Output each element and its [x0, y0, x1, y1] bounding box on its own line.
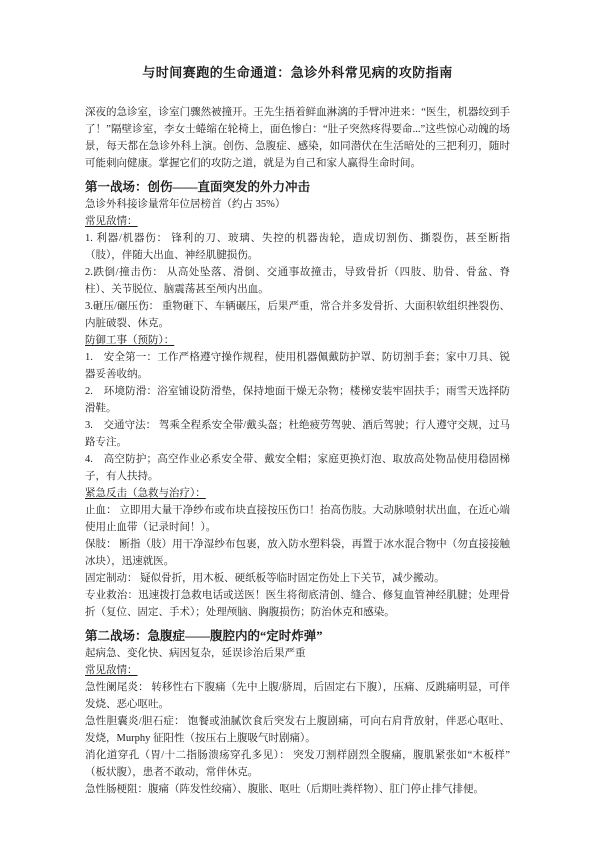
enemy-item-fall-impact: 2.跌倒/撞击伤： 从高处坠落、滑倒、交通事故撞击，导致骨折（四肢、肋骨、骨盆、… [85, 264, 510, 298]
treatment-item-hemostasis: 止血： 立即用大量干净纱布或布块直接按压伤口！抬高伤肢。大动脉喷射状出血，在近心… [85, 502, 510, 536]
abdomen-item-appendicitis: 急性阑尾炎： 转移性右下腹痛（先中上腹/脐周，后固定右下腹），压痛、反跳痛明显，… [85, 679, 510, 713]
treatment-item-professional-care: 专业救治：迅速拨打急救电话或送医！医生将彻底清创、缝合、修复血管神经肌腱；处理骨… [85, 587, 510, 621]
abdomen-item-perforation: 消化道穿孔（胃/十二指肠溃疡穿孔多见）： 突发刀割样剧烈全腹痛，腹肌紧张如“木板… [85, 747, 510, 781]
prevention-item-safety-first: 1. 安全第一：工作严格遵守操作规程，使用机器佩戴防护罩、防切割手套；家中刀具、… [85, 349, 510, 383]
abdomen-item-cholecystitis: 急性胆囊炎/胆石症： 饱餐或油腻饮食后突发右上腹剧痛，可向右肩背放射，伴恶心呕吐… [85, 713, 510, 747]
abdomen-item-obstruction: 急性肠梗阻：腹痛（阵发性绞痛）、腹胀、呕吐（后期吐粪样物）、肛门停止排气排便。 [85, 781, 510, 798]
enemy-item-sharp-machine: 1. 利器/机器伤： 锋利的刀、玻璃、失控的机器齿轮，造成切割伤、撕裂伤，甚至断… [85, 230, 510, 264]
section1-heading: 第一战场：创伤——直面突发的外力冲击 [85, 179, 510, 196]
document-page: 与时间赛跑的生命通道：急诊外科常见病的攻防指南 深夜的急诊室，诊室门骤然被撞开。… [0, 0, 595, 841]
prevention-item-traffic-rules: 3. 交通守法： 驾乘全程系安全带/戴头盔；杜绝疲劳驾驶、酒后驾驶；行人遵守交规… [85, 417, 510, 451]
section2-subtitle: 起病急、变化快、病因复杂，延误诊治后果严重 [85, 645, 510, 662]
prevention-item-anti-slip: 2. 环境防滑：浴室铺设防滑垫，保持地面干燥无杂物；楼梯安装牢固扶手；雨雪天选择… [85, 383, 510, 417]
section2-enemies-label: 常见敌情： [85, 662, 510, 679]
section1-subtitle: 急诊外科接诊量常年位居榜首（约占 35%） [85, 196, 510, 213]
doc-title: 与时间赛跑的生命通道：急诊外科常见病的攻防指南 [85, 64, 510, 81]
prevention-item-height-protection: 4. 高空防护；高空作业必系安全带、戴安全帽；家庭更换灯泡、取放高处物品使用稳固… [85, 451, 510, 485]
intro-paragraph: 深夜的急诊室，诊室门骤然被撞开。王先生捂着鲜血淋漓的手臂冲进来：“医生，机器绞到… [85, 104, 510, 172]
treatment-item-limb-preservation: 保肢： 断指（肢）用干净湿纱布包裹，放入防水塑料袋，再置于冰水混合物中（勿直接接… [85, 536, 510, 570]
enemy-item-crush: 3.砸压/碾压伤： 重物砸下、车辆碾压，后果严重，常合并多发骨折、大面积软组织挫… [85, 298, 510, 332]
section1-prevention-label: 防御工事（预防）： [85, 332, 510, 349]
section1-enemies-label: 常见敌情： [85, 213, 510, 230]
section2-heading: 第二战场：急腹症——腹腔内的“定时炸弹” [85, 628, 510, 645]
treatment-item-immobilization: 固定制动： 疑似骨折，用木板、硬纸板等临时固定伤处上下关节，减少搬动。 [85, 570, 510, 587]
section1-treatment-label: 紧急反击（急救与治疗）： [85, 485, 510, 502]
